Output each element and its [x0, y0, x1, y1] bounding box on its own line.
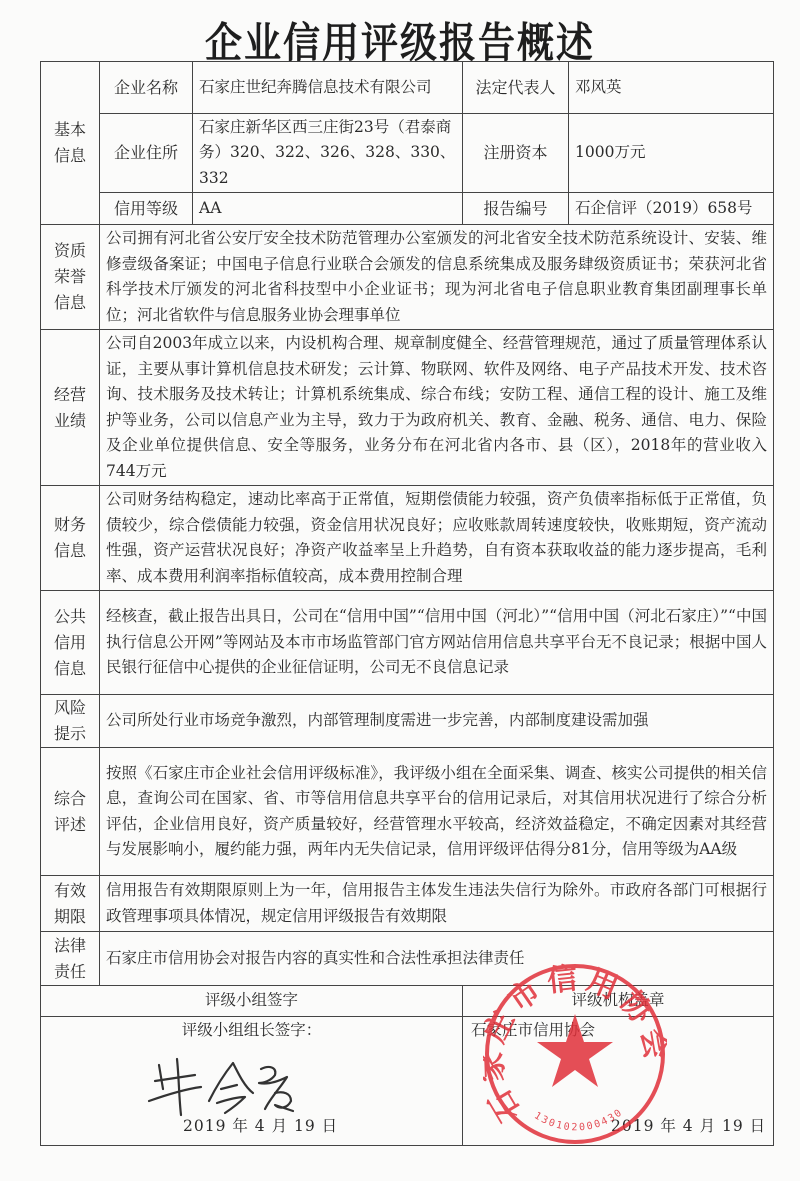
- credit-grade-value: AA: [193, 193, 463, 225]
- category-legal-liability: 法律责任: [41, 932, 100, 986]
- team-signature-date: 2019 年 4 月 19 日: [183, 1114, 338, 1140]
- address-label: 企业住所: [100, 114, 193, 193]
- category-public-credit: 公共信用信息: [41, 591, 100, 695]
- category-summary: 综合评述: [41, 748, 100, 876]
- business-performance-text: 公司自2003年成立以来，内设机构合理、规章制度健全、经营管理规范，通过了质量管…: [100, 330, 774, 486]
- credit-grade-label: 信用等级: [100, 193, 193, 225]
- leader-signature-label: 评级小组组长签字：: [41, 1017, 462, 1044]
- report-no-value: 石企信评（2019）658号: [569, 193, 774, 225]
- category-business-performance: 经营业绩: [41, 330, 100, 486]
- category-risk-warning: 风险提示: [41, 695, 100, 748]
- legal-rep-label: 法定代表人: [463, 62, 569, 114]
- validity-text: 信用报告有效期限原则上为一年，信用报告主体发生违法失信行为除外。市政府各部门可根…: [100, 876, 774, 932]
- summary-text: 按照《石家庄市企业社会信用评级标准》，我评级小组在全面采集、调查、核实公司提供的…: [100, 748, 774, 876]
- credit-report-table: 基本信息 企业名称 石家庄世纪奔腾信息技术有限公司 法定代表人 邓风英 企业住所…: [40, 61, 774, 1146]
- agency-stamp-header: 评级机构盖章: [463, 986, 774, 1017]
- agency-stamp-date: 2019 年 4 月 19 日: [611, 1114, 766, 1140]
- category-qualifications: 资质荣誉信息: [41, 225, 100, 330]
- registered-capital-value: 1000万元: [569, 114, 774, 193]
- public-credit-text: 经核查，截止报告出具日，公司在“信用中国”“信用中国（河北）”“信用中国（河北石…: [100, 591, 774, 695]
- team-signature-header: 评级小组签字: [41, 986, 463, 1017]
- category-validity: 有效期限: [41, 876, 100, 932]
- financial-info-text: 公司财务结构稳定，速动比率高于正常值，短期偿债能力较强，资产负债率指标低于正常值…: [100, 486, 774, 591]
- company-name-label: 企业名称: [100, 62, 193, 114]
- legal-rep-value: 邓风英: [569, 62, 774, 114]
- legal-liability-text: 石家庄市信用协会对报告内容的真实性和合法性承担法律责任: [100, 932, 774, 986]
- category-financial-info: 财务信息: [41, 486, 100, 591]
- risk-warning-text: 公司所处行业市场竞争激烈，内部管理制度需进一步完善，内部制度建设需加强: [100, 695, 774, 748]
- category-basic-info: 基本信息: [41, 62, 100, 225]
- company-name-value: 石家庄世纪奔腾信息技术有限公司: [193, 62, 463, 114]
- agency-stamp-cell: 石家庄市信用协会 2019 年 4 月 19 日: [463, 1017, 774, 1146]
- handwritten-signature-icon: [141, 1053, 311, 1123]
- agency-name: 石家庄市信用协会: [463, 1017, 773, 1044]
- qualifications-text: 公司拥有河北省公安厅安全技术防范管理办公室颁发的河北省安全技术防范系统设计、安装…: [100, 225, 774, 330]
- report-no-label: 报告编号: [463, 193, 569, 225]
- address-value: 石家庄新华区西三庄街23号（君泰商务）320、322、326、328、330、3…: [193, 114, 463, 193]
- registered-capital-label: 注册资本: [463, 114, 569, 193]
- team-signature-cell: 评级小组组长签字： 2019 年 4 月 19 日: [41, 1017, 463, 1146]
